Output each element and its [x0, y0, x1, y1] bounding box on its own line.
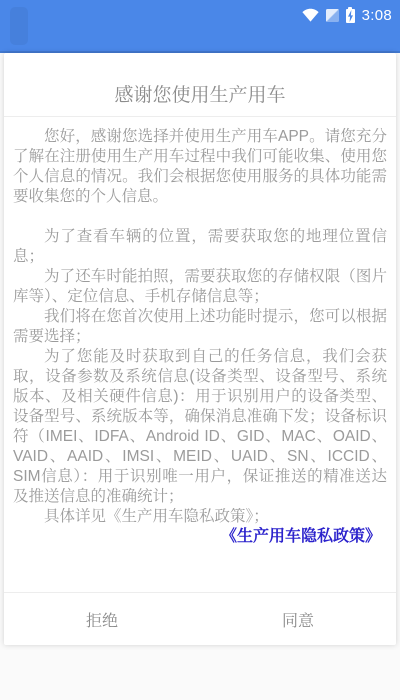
privacy-policy-link[interactable]: 《生产用车隐私政策》 — [221, 528, 381, 545]
paragraph-first-use: 我们将在您首次使用上述功能时提示，您可以根据需要选择； — [13, 307, 387, 347]
no-signal-icon — [326, 9, 339, 22]
privacy-consent-dialog: 感谢您使用生产用车 您好，感谢您选择并使用生产用车APP。请您充分了解在注册使用… — [4, 53, 396, 645]
paragraph-see-policy: 具体详见《生产用车隐私政策》； — [13, 507, 387, 527]
status-bar-icons: 3:08 — [0, 0, 400, 26]
status-bar: 3:08 — [0, 0, 400, 53]
status-bar-time: 3:08 — [362, 7, 392, 24]
paragraph-storage: 为了还车时能拍照，需要获取您的存储权限（图片库等）、定位信息、手机存储信息等； — [13, 267, 387, 307]
privacy-link-row: 《生产用车隐私政策》 — [13, 527, 387, 547]
agree-button[interactable]: 同意 — [200, 593, 396, 645]
wifi-icon — [302, 8, 319, 22]
dialog-title: 感谢您使用生产用车 — [4, 53, 396, 117]
paragraph-intro: 您好，感谢您选择并使用生产用车APP。请您充分了解在注册使用生产用车过程中我们可… — [13, 127, 387, 207]
dialog-actions: 拒绝 同意 — [4, 592, 396, 645]
reject-button[interactable]: 拒绝 — [4, 593, 200, 645]
dialog-body: 您好，感谢您选择并使用生产用车APP。请您充分了解在注册使用生产用车过程中我们可… — [4, 117, 396, 547]
paragraph-location: 为了查看车辆的位置，需要获取您的地理位置信息； — [13, 227, 387, 267]
paragraph-device-info: 为了您能及时获取到自己的任务信息，我们会获取，设备参数及系统信息(设备类型、设备… — [13, 347, 387, 507]
header-shadow-artifact — [10, 7, 28, 45]
battery-charging-icon — [346, 9, 355, 23]
